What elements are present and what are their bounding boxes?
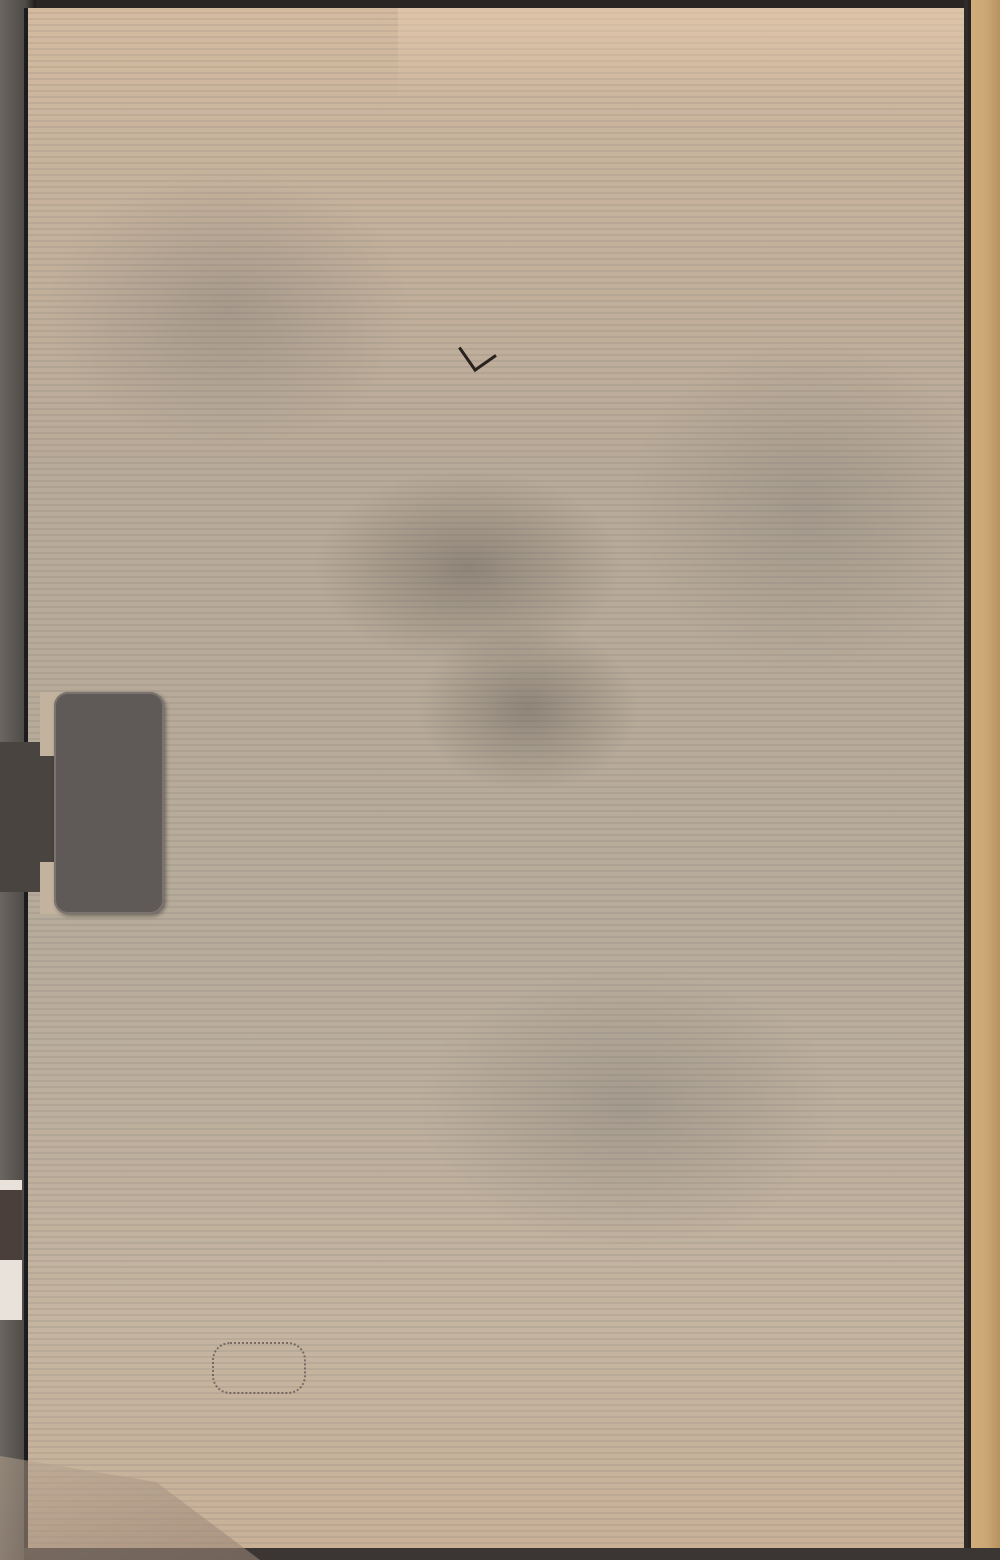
- paper-discoloration-band: [398, 8, 968, 98]
- metal-clasp: [54, 692, 164, 914]
- endleaf-page: [24, 8, 972, 1556]
- library-stamp: [212, 1342, 306, 1394]
- calibration-strip-dark-patch: [0, 1190, 22, 1260]
- right-page-edges: [968, 0, 1000, 1560]
